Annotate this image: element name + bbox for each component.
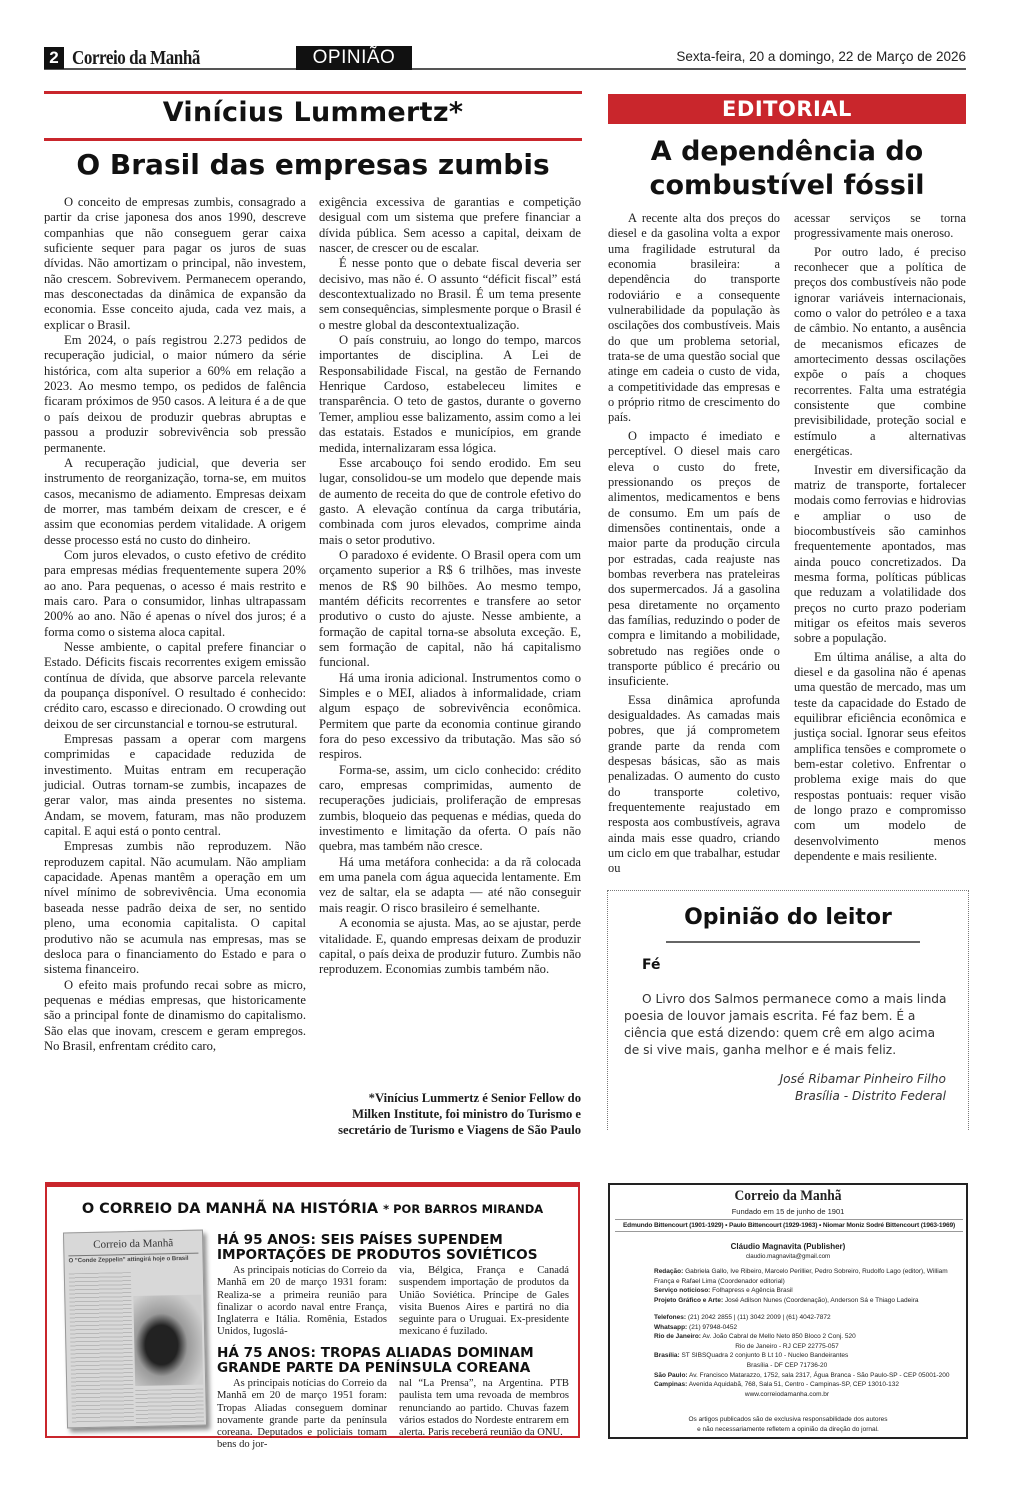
whatsapp-label: Whatsapp: xyxy=(654,1324,687,1331)
editorial-column-1: A recente alta dos preços do diesel e da… xyxy=(608,211,780,877)
founders-line: Edmundo Bittencourt (1901-1929) • Paulo … xyxy=(615,1219,963,1232)
archive-newspaper-photo: Correio da Manhã O "Conde Zeppelin" atti… xyxy=(63,1230,207,1429)
history-item-title: HÁ 75 ANOS: TROPAS ALIADAS DOMINAM GRAND… xyxy=(217,1346,569,1376)
page-header: 2 Correio da Manhã OPINIÃO Sexta-feira, … xyxy=(44,46,966,70)
letter-signature: José Ribamar Pinheiro Filho Brasília - D… xyxy=(780,1071,946,1105)
article-paragraph: Nesse ambiente, o capital prefere financ… xyxy=(44,640,306,732)
divider-top xyxy=(44,91,582,94)
article-paragraph: Forma-se, assim, um ciclo conhecido: cré… xyxy=(319,763,581,855)
article-paragraph: Com juros elevados, o custo efetivo de c… xyxy=(44,548,306,640)
article-paragraph: Há uma ironia adicional. Instrumentos co… xyxy=(319,671,581,763)
masthead-credits-box: Correio da Manhã Fundado em 15 de junho … xyxy=(608,1183,968,1439)
history-title: O CORREIO DA MANHÃ NA HISTÓRIA * POR BAR… xyxy=(47,1201,578,1217)
article-column-2: exigência excessiva de garantias e compe… xyxy=(319,195,581,978)
staff-value: José Adilson Nunes (Coordenação), Anders… xyxy=(725,1297,919,1304)
address-value: Avenida Aquidabã, 768, Sala 51, Centro -… xyxy=(689,1381,899,1388)
article-paragraph: O efeito mais profundo recai sobre as mi… xyxy=(44,978,306,1055)
article-paragraph: Esse arcabouço foi sendo erodido. Em seu… xyxy=(319,456,581,548)
address-label: Campinas: xyxy=(654,1381,687,1388)
publisher-name: Cláudio Magnavita (Publisher) xyxy=(610,1242,966,1251)
whatsapp: Whatsapp: (21) 97948-0452 xyxy=(654,1323,964,1333)
section-label: OPINIÃO xyxy=(296,46,412,70)
address-label: Brasília: xyxy=(654,1352,680,1359)
history-item-col: As principais notícias do Correio da Man… xyxy=(217,1265,387,1339)
phones-value: (21) 2042 2855 | (11) 3042 2009 | (61) 4… xyxy=(688,1314,831,1321)
editorial-label: EDITORIAL xyxy=(608,94,966,124)
credits-paper-name: Correio da Manhã xyxy=(628,1188,948,1205)
address-rio: Rio de Janeiro: Av. João Cabral de Mello… xyxy=(654,1332,964,1342)
staff-list: Redação: Gabriela Gallo, Ive Ribeiro, Ma… xyxy=(654,1267,954,1305)
address-rio-cep: Rio de Janeiro - RJ CEP 22775-057 xyxy=(654,1342,964,1352)
staff-entry: Serviço noticioso: Folhapress e Agência … xyxy=(654,1286,954,1296)
editorial-headline: A dependência do combustível fóssil xyxy=(608,135,966,203)
article-column-1: O conceito de empresas zumbis, consagrad… xyxy=(44,195,306,1054)
staff-entry: Projeto Gráfico e Arte: José Adilson Nun… xyxy=(654,1296,954,1306)
letter-author: José Ribamar Pinheiro Filho xyxy=(780,1071,946,1088)
contact-info: Telefones: (21) 2042 2855 | (11) 3042 20… xyxy=(654,1313,964,1399)
phones-label: Telefones: xyxy=(654,1314,686,1321)
letter-location: Brasília - Distrito Federal xyxy=(780,1088,946,1105)
article-paragraph: Empresas passam a operar com margens com… xyxy=(44,732,306,839)
article-paragraph: O conceito de empresas zumbis, consagrad… xyxy=(44,195,306,333)
editorial-paragraph: Essa dinâmica aprofunda desigualdades. A… xyxy=(608,693,780,877)
article-paragraph: Há uma metáfora conhecida: a da rã coloc… xyxy=(319,855,581,916)
author-bio: *Vinícius Lummertz é Senior Fellow do Mi… xyxy=(330,1090,581,1138)
editorial-column-2: acessar serviços se torna progressivamen… xyxy=(794,211,966,864)
history-item-col: via, Bélgica, França e Canadá suspendem … xyxy=(399,1265,569,1339)
address-value: ST SIBSQuadra 2 conjunto B Lt 10 - Nucle… xyxy=(681,1352,848,1359)
staff-entry: Redação: Gabriela Gallo, Ive Ribeiro, Ma… xyxy=(654,1267,954,1286)
article-paragraph: A recuperação judicial, que deveria ser … xyxy=(44,456,306,548)
founded-date: Fundado em 15 de junho de 1901 xyxy=(610,1207,966,1216)
history-item-col: nal “La Prensa”, na Argentina. PTB pauli… xyxy=(399,1378,569,1452)
staff-label: Serviço noticioso: xyxy=(654,1287,710,1294)
phones: Telefones: (21) 2042 2855 | (11) 3042 20… xyxy=(654,1313,964,1323)
article-author: Vinícius Lummertz* xyxy=(44,97,582,128)
history-box: O CORREIO DA MANHÃ NA HISTÓRIA * POR BAR… xyxy=(45,1182,580,1438)
archive-paper-name: Correio da Manhã xyxy=(64,1237,202,1252)
page-number: 2 xyxy=(44,47,64,69)
editorial-paragraph-continued: acessar serviços se torna progressivamen… xyxy=(794,211,966,242)
whatsapp-value: (21) 97948-0452 xyxy=(689,1324,737,1331)
issue-date: Sexta-feira, 20 a domingo, 22 de Março d… xyxy=(676,49,966,64)
letter-subject: Fé xyxy=(642,957,661,973)
disclaimer-line: Os artigos publicados são de exclusiva r… xyxy=(610,1415,966,1425)
address-campinas: Campinas: Avenida Aquidabã, 768, Sala 51… xyxy=(654,1380,964,1390)
article-headline: O Brasil das empresas zumbis xyxy=(44,148,582,181)
reader-opinion-box: Opinião do leitor Fé O Livro dos Salmos … xyxy=(607,890,969,1130)
history-byline: * POR BARROS MIRANDA xyxy=(383,1202,543,1216)
archive-headline: O "Conde Zeppelin" attingirá hoje o Bras… xyxy=(69,1256,199,1265)
staff-label: Projeto Gráfico e Arte: xyxy=(654,1297,723,1304)
address-label: Rio de Janeiro: xyxy=(654,1333,701,1340)
history-item-title: HÁ 95 ANOS: SEIS PAÍSES SUPENDEM IMPORTA… xyxy=(217,1233,569,1263)
disclaimer-line: e não necessariamente refletem a opinião… xyxy=(610,1425,966,1435)
title-underline xyxy=(666,941,920,943)
newspaper-logo: Correio da Manhã xyxy=(72,46,200,70)
staff-value: Gabriela Gallo, Ive Ribeiro, Marcelo Per… xyxy=(654,1268,948,1285)
editorial-paragraph: A recente alta dos preços do diesel e da… xyxy=(608,211,780,426)
article-paragraph: A economia se ajusta. Mas, ao se ajustar… xyxy=(319,916,581,977)
divider-bottom xyxy=(44,138,582,141)
archive-text-block xyxy=(69,1272,134,1423)
publisher-email[interactable]: claudio.magnavita@gmail.com xyxy=(610,1253,966,1260)
history-title-text: O CORREIO DA MANHÃ NA HISTÓRIA xyxy=(82,1201,378,1217)
address-brasilia-cep: Brasília - DF CEP 71736-20 xyxy=(654,1361,964,1371)
letter-text: O Livro dos Salmos permanece como a mais… xyxy=(624,991,952,1059)
article-paragraph: Empresas zumbis não reproduzem. Não repr… xyxy=(44,839,306,977)
history-item-col: As principais notícias do Correio da Man… xyxy=(217,1378,387,1452)
address-label: São Paulo: xyxy=(654,1372,688,1379)
staff-value: Folhapress e Agência Brasil xyxy=(712,1287,793,1294)
website-link[interactable]: www.correiodamanha.com.br xyxy=(654,1390,964,1400)
address-sp: São Paulo: Av. Francisco Matarazzo, 1752… xyxy=(654,1371,964,1381)
editorial-paragraph: O impacto é imediato e perceptível. O di… xyxy=(608,429,780,690)
address-value: Av. João Cabral de Mello Neto 850 Bloco … xyxy=(702,1333,855,1340)
reader-opinion-title: Opinião do leitor xyxy=(608,905,968,930)
history-item-body: As principais notícias do Correio da Man… xyxy=(217,1265,569,1339)
article-paragraph: O país construiu, ao longo do tempo, mar… xyxy=(319,333,581,456)
editorial-paragraph: Investir em diversificação da matriz de … xyxy=(794,463,966,647)
history-item-body: As principais notícias do Correio da Man… xyxy=(217,1378,569,1452)
zeppelin-image xyxy=(133,1295,203,1386)
article-paragraph: Em 2024, o país registrou 2.273 pedidos … xyxy=(44,333,306,456)
staff-label: Redação: xyxy=(654,1268,683,1275)
editorial-paragraph: Em última análise, a alta do diesel e da… xyxy=(794,650,966,865)
editorial-paragraph: Por outro lado, é preciso reconhecer que… xyxy=(794,245,966,460)
address-value: Av. Francisco Matarazzo, 1752, sala 2317… xyxy=(689,1372,949,1379)
article-paragraph: É nesse ponto que o debate fiscal deveri… xyxy=(319,256,581,333)
article-paragraph-continued: exigência excessiva de garantias e compe… xyxy=(319,195,581,256)
address-brasilia: Brasília: ST SIBSQuadra 2 conjunto B Lt … xyxy=(654,1351,964,1361)
archive-text-block xyxy=(135,1389,204,1424)
disclaimer: Os artigos publicados são de exclusiva r… xyxy=(610,1415,966,1434)
article-paragraph: O paradoxo é evidente. O Brasil opera co… xyxy=(319,548,581,671)
